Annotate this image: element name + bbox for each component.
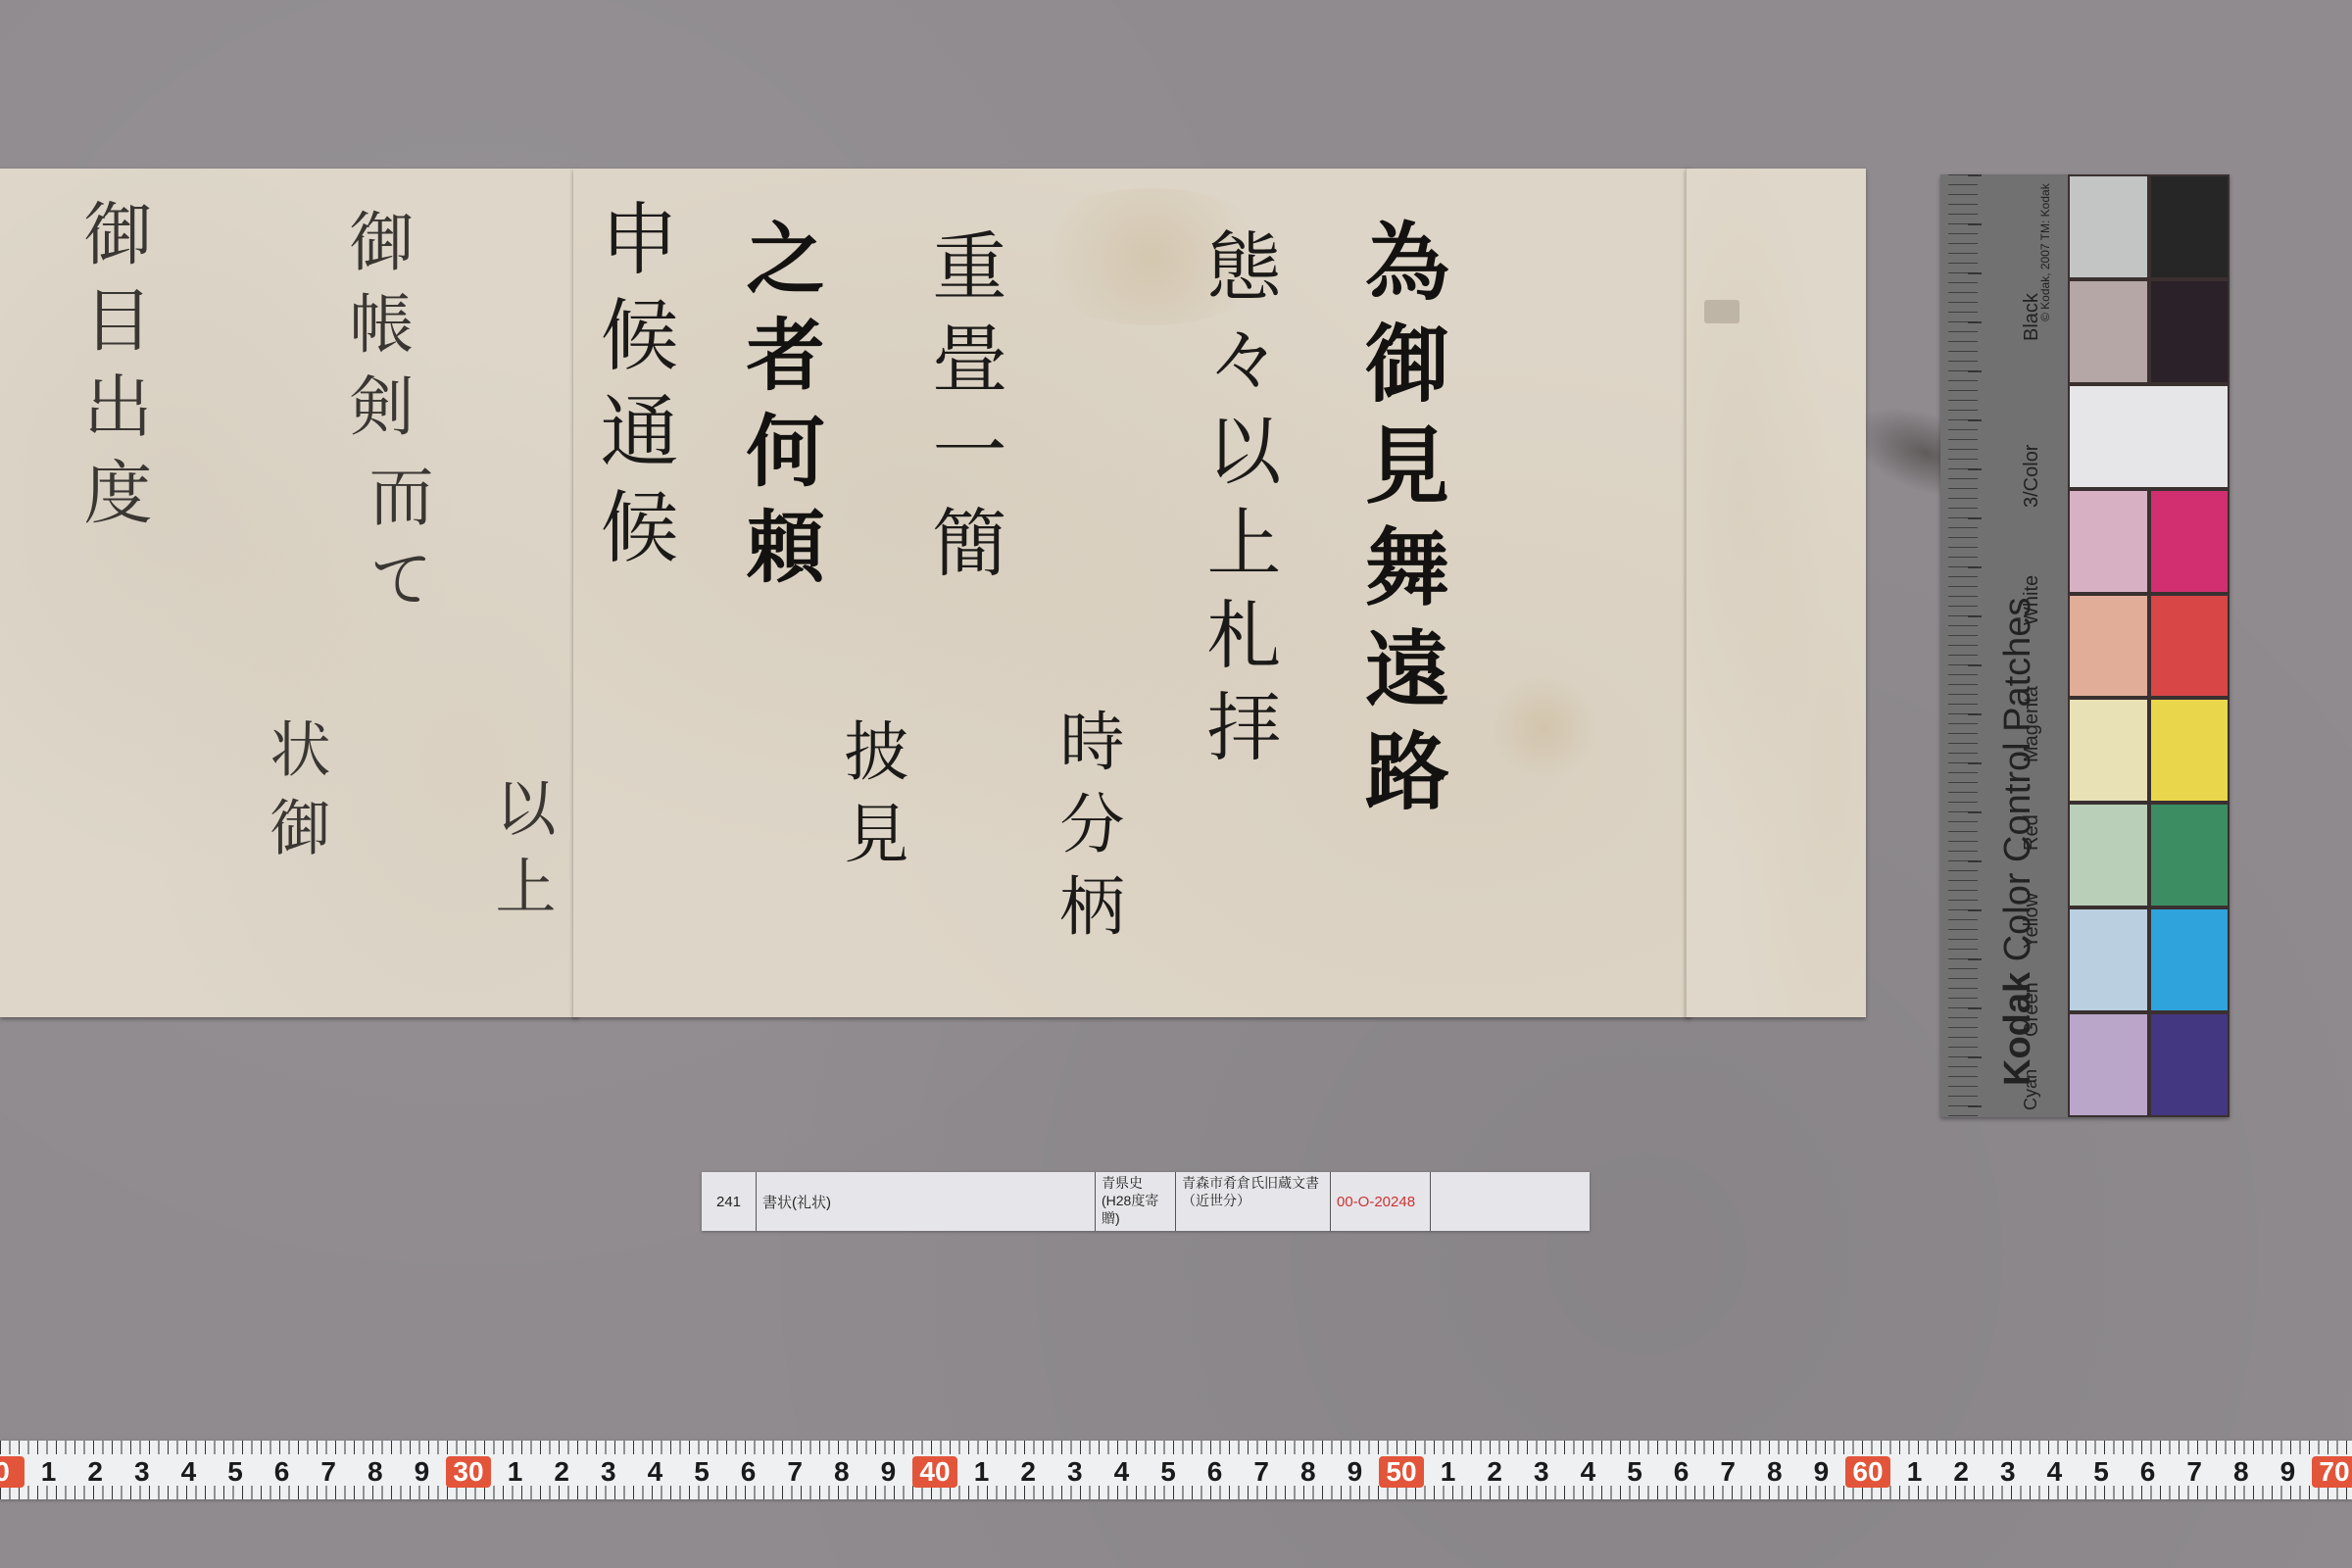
tape-number: 2 bbox=[1013, 1456, 1043, 1488]
tape-number: 4 bbox=[1573, 1456, 1602, 1488]
patch-blue bbox=[2149, 1012, 2230, 1117]
tape-number: 30 bbox=[446, 1456, 491, 1488]
patch-label-green: Green bbox=[2021, 982, 2043, 1037]
tape-number: 40 bbox=[912, 1456, 957, 1488]
calligraphy-column: 状御 bbox=[265, 717, 325, 874]
tape-number: 5 bbox=[220, 1456, 250, 1488]
tape-number: 8 bbox=[2227, 1456, 2256, 1488]
tape-number: 6 bbox=[734, 1456, 763, 1488]
tape-number: 9 bbox=[407, 1456, 436, 1488]
tape-number: 6 bbox=[2133, 1456, 2163, 1488]
patch-3color bbox=[2149, 279, 2230, 384]
patch-yellow bbox=[2149, 698, 2230, 803]
catalog-number: 241 bbox=[702, 1172, 757, 1231]
patch-label-black: Black bbox=[2021, 293, 2043, 341]
patch-yellow-light bbox=[2068, 698, 2149, 803]
tape-number: 4 bbox=[1106, 1456, 1136, 1488]
document-sheet-right-blank bbox=[1686, 169, 1866, 1017]
tape-number: 5 bbox=[1620, 1456, 1649, 1488]
kodak-color-control-card: Kodak Color Control Patches © Kodak, 200… bbox=[1940, 174, 2229, 1117]
patch-blue-light bbox=[2068, 1012, 2149, 1117]
calligraphy-column: 而て bbox=[363, 463, 427, 627]
kodak-scale: Kodak Color Control Patches © Kodak, 200… bbox=[1940, 174, 2068, 1117]
patch-white bbox=[2068, 384, 2229, 489]
tape-number: 0 bbox=[0, 1456, 24, 1488]
tape-number: 7 bbox=[1247, 1456, 1276, 1488]
document-sheet-left: 御目出度 御帳剣 而て 状御 以上 bbox=[0, 169, 578, 1017]
calligraphy-column: 申候通候 bbox=[593, 198, 671, 582]
tape-number: 7 bbox=[314, 1456, 343, 1488]
tape-number: 9 bbox=[873, 1456, 903, 1488]
tape-number: 3 bbox=[1993, 1456, 2023, 1488]
tape-number: 5 bbox=[687, 1456, 716, 1488]
tape-number: 8 bbox=[1760, 1456, 1789, 1488]
tape-number: 3 bbox=[127, 1456, 157, 1488]
tape-number: 7 bbox=[2180, 1456, 2209, 1488]
tape-number: 7 bbox=[1713, 1456, 1742, 1488]
catalog-title: 書状(礼状) bbox=[757, 1172, 1096, 1231]
tape-number: 7 bbox=[780, 1456, 809, 1488]
tape-number: 3 bbox=[594, 1456, 623, 1488]
tape-number: 2 bbox=[80, 1456, 110, 1488]
calligraphy-column: 以上 bbox=[490, 776, 551, 933]
tape-number: 1 bbox=[34, 1456, 64, 1488]
catalog-collection: 青県史(H28度寄贈) bbox=[1096, 1172, 1176, 1231]
patch-label-white: White bbox=[2021, 575, 2043, 625]
calligraphy-column: 重畳一簡 bbox=[926, 227, 1001, 596]
patch-cyan bbox=[2149, 907, 2230, 1012]
patch-label-3color: 3/Color bbox=[2021, 445, 2043, 508]
tape-number: 9 bbox=[1806, 1456, 1836, 1488]
patch-black bbox=[2149, 174, 2230, 279]
patch-red-light bbox=[2068, 594, 2149, 699]
document-sheet-middle: 為御見舞遠路 態々以上札拝 時分柄 重畳一簡 披見 之者何頼 申候通候 bbox=[573, 169, 1690, 1017]
patch-label-magenta: Magenta bbox=[2021, 686, 2043, 762]
patch-label-yellow: Yellow bbox=[2021, 893, 2043, 949]
tape-number: 8 bbox=[361, 1456, 390, 1488]
patch-green bbox=[2149, 803, 2230, 907]
catalog-blank bbox=[1431, 1172, 1590, 1231]
calligraphy-column: 御帳剣 bbox=[343, 208, 408, 455]
patch-3color-light bbox=[2068, 279, 2149, 384]
catalog-id: 00-O-20248 bbox=[1331, 1172, 1431, 1231]
tape-number: 1 bbox=[1434, 1456, 1463, 1488]
catalog-label: 241 書状(礼状) 青県史(H28度寄贈) 青森市肴倉氏旧蔵文書（近世分） 0… bbox=[702, 1172, 1590, 1231]
tape-number: 6 bbox=[1200, 1456, 1230, 1488]
tape-number: 50 bbox=[1379, 1456, 1424, 1488]
color-patches bbox=[2068, 174, 2229, 1117]
tape-number: 2 bbox=[1946, 1456, 1976, 1488]
calligraphy-column: 時分柄 bbox=[1053, 708, 1118, 955]
patch-label-cyan: Cyan bbox=[2021, 1069, 2041, 1110]
patch-cyan-light bbox=[2068, 907, 2149, 1012]
tape-number: 4 bbox=[173, 1456, 203, 1488]
tape-number: 4 bbox=[640, 1456, 669, 1488]
calligraphy-column: 披見 bbox=[838, 717, 903, 882]
calligraphy-column: 御目出度 bbox=[78, 198, 147, 543]
tape-measure: 0123456789301234567894012345678950123456… bbox=[0, 1441, 2352, 1499]
tape-number: 8 bbox=[827, 1456, 857, 1488]
patch-red bbox=[2149, 594, 2230, 699]
tape-number: 5 bbox=[2086, 1456, 2116, 1488]
calligraphy-column: 之者何頼 bbox=[740, 218, 818, 602]
tape-number: 1 bbox=[501, 1456, 530, 1488]
calligraphy-column: 為御見舞遠路 bbox=[1357, 218, 1442, 829]
tape-number: 9 bbox=[1340, 1456, 1369, 1488]
tape-number: 2 bbox=[1480, 1456, 1509, 1488]
tape-number: 70 bbox=[2312, 1456, 2352, 1488]
patch-magenta bbox=[2149, 489, 2230, 594]
catalog-source: 青森市肴倉氏旧蔵文書（近世分） bbox=[1176, 1172, 1331, 1231]
patch-magenta-light bbox=[2068, 489, 2149, 594]
tape-number: 3 bbox=[1527, 1456, 1556, 1488]
tape-number: 9 bbox=[2273, 1456, 2302, 1488]
tape-number: 6 bbox=[268, 1456, 297, 1488]
tape-number: 6 bbox=[1667, 1456, 1696, 1488]
tape-number: 60 bbox=[1845, 1456, 1890, 1488]
patch-green-light bbox=[2068, 803, 2149, 907]
tape-number: 2 bbox=[547, 1456, 576, 1488]
tape-number: 5 bbox=[1153, 1456, 1183, 1488]
patch-black-light bbox=[2068, 174, 2149, 279]
tape-number: 4 bbox=[2039, 1456, 2069, 1488]
tape-number: 8 bbox=[1294, 1456, 1323, 1488]
calligraphy-column: 態々以上札拝 bbox=[1200, 227, 1275, 780]
patch-label-red: Red bbox=[2021, 814, 2043, 851]
tape-number: 3 bbox=[1060, 1456, 1090, 1488]
tape-number: 1 bbox=[1900, 1456, 1930, 1488]
calligraphy-document: 御目出度 御帳剣 而て 状御 以上 為御見舞遠路 態々以上札拝 時分柄 重畳一簡… bbox=[0, 169, 1865, 1017]
tape-number: 1 bbox=[967, 1456, 997, 1488]
